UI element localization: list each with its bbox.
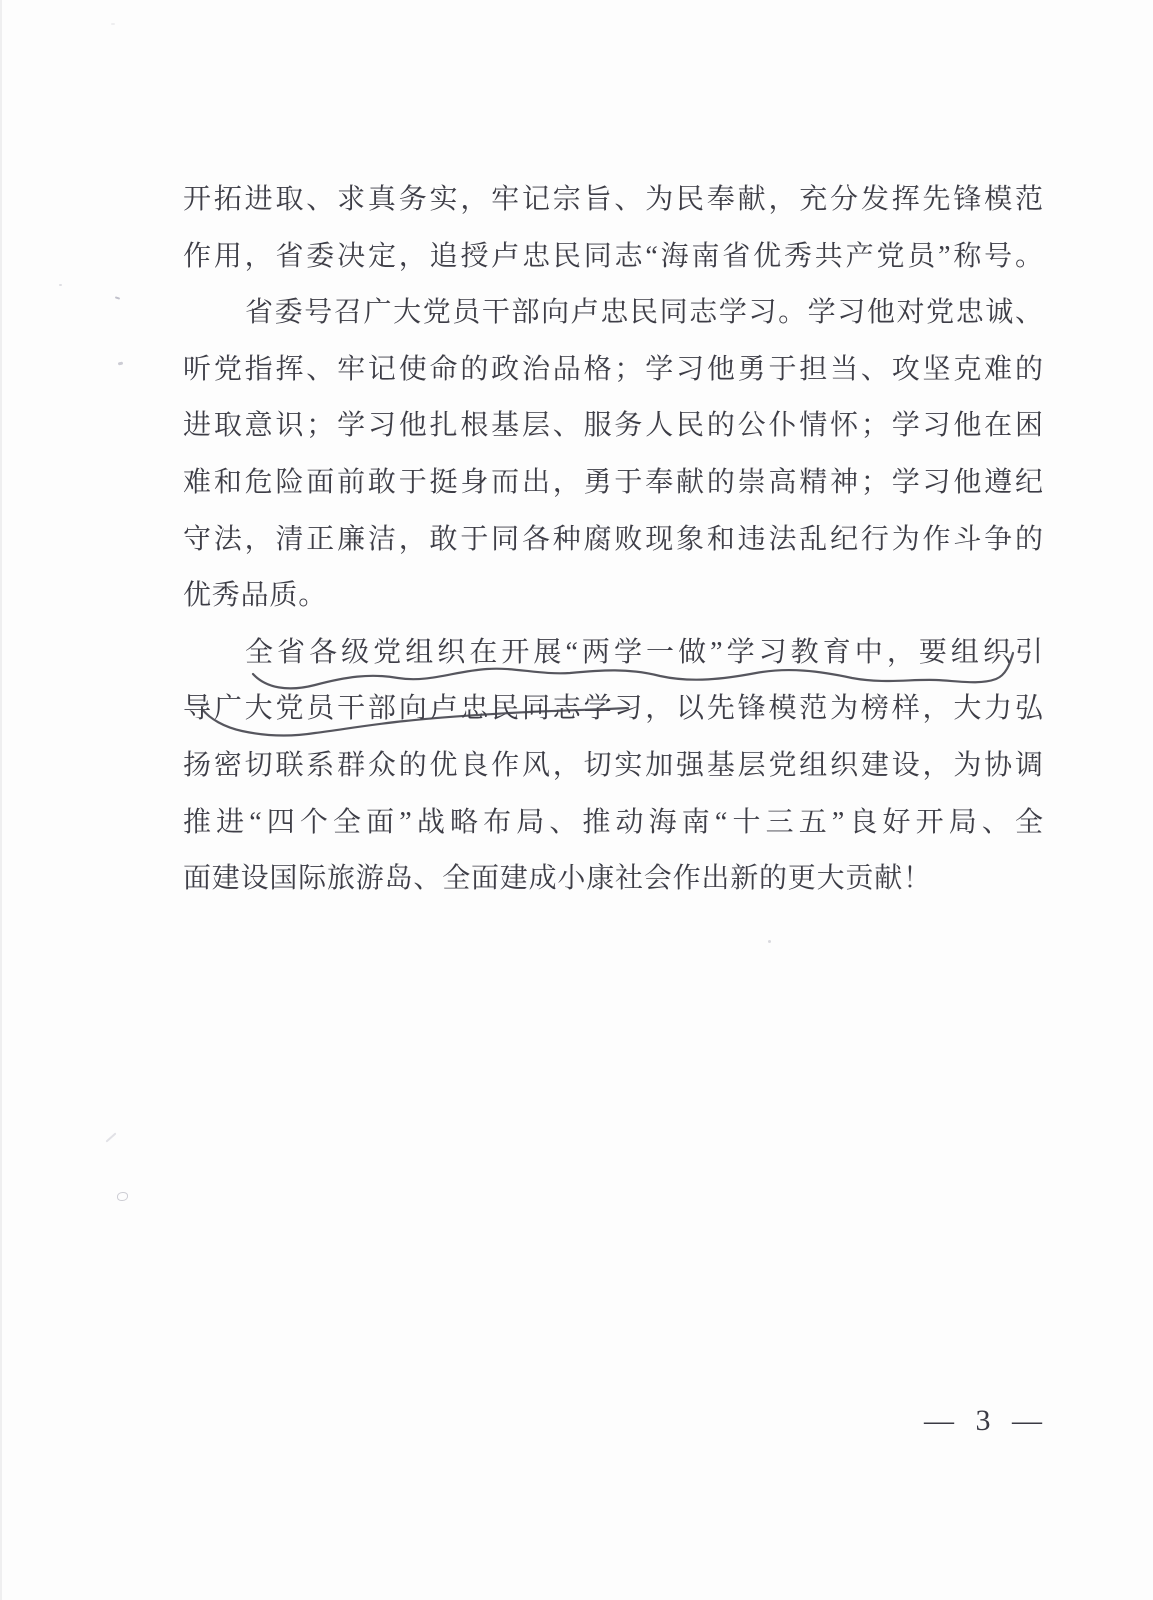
text-line: 听党指挥、牢记使命的政治品格；学习他勇于担当、攻坚克难的 [183, 342, 1043, 399]
page-number: — 3 — [924, 1404, 1049, 1438]
text-line: 作用，省委决定，追授卢忠民同志“海南省优秀共产党员”称号。 [183, 229, 1043, 286]
text-line: 守法，清正廉洁，敢于同各种腐败现象和违法乱纪行为作斗争的 [183, 512, 1043, 569]
text-line: 扬密切联系群众的优良作风，切实加强基层党组织建设，为协调 [183, 738, 1043, 795]
body-text: 开拓进取、求真务实，牢记宗旨、为民奉献，充分发挥先锋模范 作用，省委决定，追授卢… [183, 172, 1043, 908]
scan-speck [115, 296, 120, 299]
document-page: 开拓进取、求真务实，牢记宗旨、为民奉献，充分发挥先锋模范 作用，省委决定，追授卢… [0, 0, 1153, 1600]
text-line paragraph-end: 面建设国际旅游岛、全面建成小康社会作出新的更大贡献！ [183, 851, 1043, 908]
text-line: 难和危险面前敢于挺身而出，勇于奉献的崇高精神；学习他遵纪 [183, 455, 1043, 512]
text-line: 推进“四个全面”战略布局、推动海南“十三五”良好开局、全 [183, 795, 1043, 852]
scan-speck [111, 23, 115, 25]
text-line underlined-text-line: 导广大党员干部向卢忠民同志学习，以先锋模范为榜样，大力弘 [183, 681, 1043, 738]
text-line paragraph-end: 优秀品质。 [183, 568, 1043, 625]
text-line: 开拓进取、求真务实，牢记宗旨、为民奉献，充分发挥先锋模范 [183, 172, 1043, 229]
text-line paragraph-start underlined-text-line: 全省各级党组织在开展“两学一做”学习教育中，要组织引 [183, 625, 1043, 682]
scan-speck [59, 284, 62, 286]
scan-speck [117, 1192, 128, 1201]
text-line paragraph-start: 省委号召广大党员干部向卢忠民同志学习。学习他对党忠诚、 [183, 285, 1043, 342]
text-line: 进取意识；学习他扎根基层、服务人民的公仆情怀；学习他在困 [183, 398, 1043, 455]
scan-speck [768, 940, 771, 943]
scan-edge-shadow [0, 0, 2, 1600]
scan-speck [106, 1132, 117, 1142]
scan-speck [118, 362, 124, 366]
